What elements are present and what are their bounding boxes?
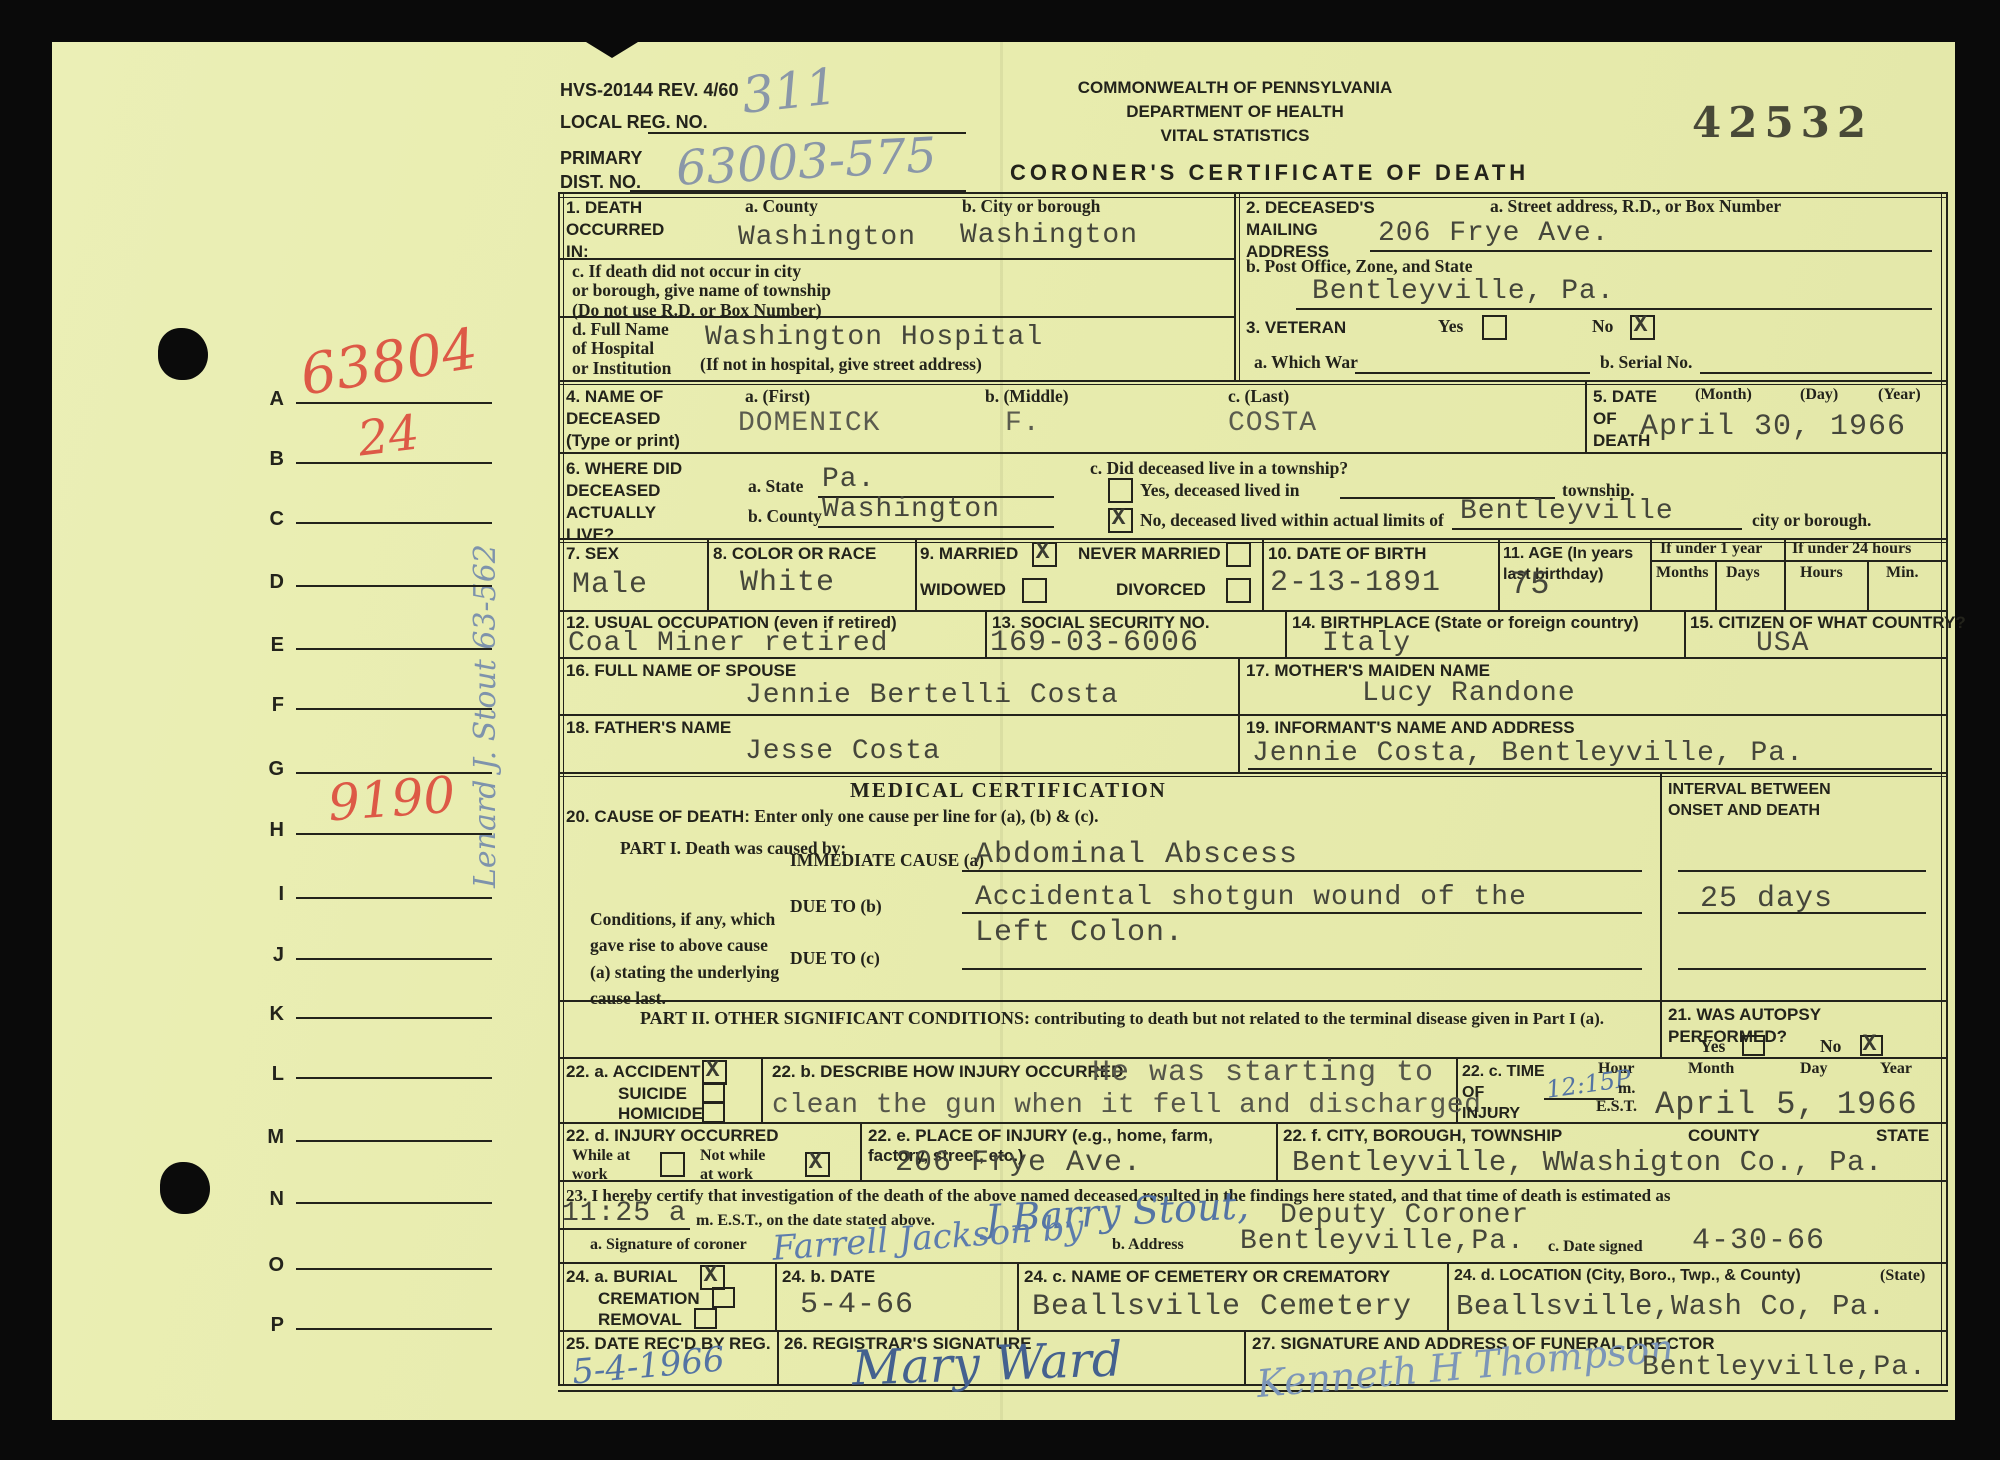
line-row7-bottom-inner — [558, 776, 1948, 777]
s27-addr-value: Bentleyville,Pa. — [1642, 1352, 1927, 1383]
s26-registrar-signature: Mary Ward — [851, 1331, 1123, 1396]
s4-last-value: COSTA — [1228, 408, 1317, 439]
s5-value: April 30, 1966 — [1640, 410, 1906, 444]
margin-letter-m: M — [262, 1126, 284, 1149]
line-serial-no — [1700, 372, 1932, 374]
s22f-county-label: COUNTY — [1688, 1126, 1760, 1146]
hole-punch-top — [158, 328, 208, 380]
line-interval-a — [1678, 870, 1926, 872]
s4-first-label: a. (First) — [745, 386, 810, 407]
line-s2b — [1296, 308, 1932, 310]
divider-s9-s10 — [1262, 538, 1264, 610]
s24-cemetery-label: 24. c. NAME OF CEMETERY OR CREMATORY — [1024, 1267, 1390, 1287]
s9-widowed-label: WIDOWED — [920, 580, 1006, 600]
s22b-label: 22. b. DESCRIBE HOW INJURY OCCURRED — [772, 1062, 1123, 1082]
s23-date-value: 4-30-66 — [1692, 1224, 1825, 1258]
s12-value: Coal Miner retired — [568, 628, 888, 659]
margin-letter-h: H — [262, 819, 284, 842]
s17-value: Lucy Randone — [1362, 678, 1576, 709]
interval-b-value: 25 days — [1700, 882, 1833, 916]
s22d-notwhile-checkbox[interactable]: X — [805, 1152, 830, 1177]
due-b-label: DUE TO (b) — [790, 896, 882, 917]
s6-yes-checkbox[interactable] — [1108, 478, 1133, 503]
divider-24c-24d — [1447, 1262, 1449, 1330]
divider-24a-24b — [775, 1262, 777, 1330]
s23-date-label: c. Date signed — [1548, 1238, 1643, 1256]
s1d-label: d. Full Name of Hospital or Institution — [572, 320, 671, 378]
s14-value: Italy — [1322, 628, 1411, 659]
margin-letter-e: E — [262, 634, 284, 657]
margin-line-b — [296, 462, 492, 464]
s22d-label: 22. d. INJURY OCCURRED — [566, 1126, 779, 1146]
margin-red-number-b: 24 — [355, 404, 422, 467]
primary-label: PRIMARY — [560, 148, 642, 169]
margin-letter-b: B — [262, 448, 284, 471]
s21-yes-checkbox[interactable] — [1742, 1035, 1765, 1056]
s2b-label: b. Post Office, Zone, and State — [1246, 256, 1473, 277]
margin-letter-l: L — [262, 1063, 284, 1086]
s22d-notwhile-mark: X — [805, 1149, 826, 1175]
s4-middle-label: b. (Middle) — [985, 386, 1069, 407]
margin-line-d — [296, 585, 492, 587]
s3-yes-checkbox[interactable] — [1482, 315, 1507, 340]
s21-yes-label: Yes — [1700, 1036, 1725, 1057]
s22a-suicide-checkbox[interactable] — [702, 1082, 725, 1103]
line-row1-bottom — [558, 380, 1948, 382]
s20-label-main: 20. CAUSE OF DEATH: — [566, 807, 750, 826]
due-b-value-line1: Accidental shotgun wound of the — [975, 882, 1527, 913]
s23-addr-value: Bentleyville,Pa. — [1240, 1226, 1525, 1257]
department-line: DEPARTMENT OF HEALTH — [1060, 102, 1410, 122]
due-b-value-line2: Left Colon. — [975, 916, 1184, 950]
s11-min-label: Min. — [1886, 564, 1918, 582]
s20-label-rest: Enter only one cause per line for (a), (… — [754, 806, 1098, 826]
s1c-label: c. If death did not occur in city or bor… — [572, 262, 831, 320]
s3-no-label: No — [1592, 316, 1613, 337]
s23-addr-label: b. Address — [1112, 1236, 1184, 1254]
s6-county-line — [818, 526, 1054, 528]
s22f-value: Bentleyville, WWashigton Co., Pa. — [1292, 1146, 1883, 1179]
margin-line-a — [296, 402, 492, 404]
s1b-value: Washington — [960, 220, 1138, 251]
hole-punch-bottom — [160, 1162, 210, 1214]
local-reg-label: LOCAL REG. NO. — [560, 112, 708, 133]
s1-label: 1. DEATH OCCURRED IN: — [566, 197, 664, 263]
margin-line-m — [296, 1140, 492, 1142]
divider-s4-s5 — [1585, 380, 1587, 452]
divider-s1-s2-inner — [1239, 192, 1240, 380]
divider-s8-s9 — [915, 538, 917, 610]
form-border-top — [558, 192, 1948, 194]
s10-label: 10. DATE OF BIRTH — [1268, 544, 1426, 564]
s1a-value: Washington — [738, 222, 916, 253]
margin-letter-n: N — [262, 1188, 284, 1211]
margin-vertical-note: Lenard J. Stout 63-562 — [468, 218, 503, 888]
s9-divorced-label: DIVORCED — [1116, 580, 1206, 600]
margin-line-g — [296, 772, 492, 774]
line-under-age-headers — [1650, 560, 1946, 562]
scanned-death-certificate: 63804 24 9190 Lenard J. Stout 63-562 A B… — [0, 0, 2000, 1460]
s22c-year-label: Year — [1880, 1060, 1912, 1078]
s24-date-value: 5-4-66 — [800, 1288, 914, 1322]
margin-line-n — [296, 1202, 492, 1204]
s6-no-text: No, deceased lived within actual limits … — [1140, 510, 1444, 531]
s22c-day-label: Day — [1800, 1060, 1828, 1078]
s4-middle-value: F. — [1005, 408, 1041, 439]
divider-months-days — [1715, 560, 1717, 610]
margin-line-l — [296, 1077, 492, 1079]
s24-cremation-checkbox[interactable] — [712, 1287, 735, 1308]
margin-letter-c: C — [262, 508, 284, 531]
s6-no-checkbox[interactable]: X — [1108, 508, 1133, 533]
s6-city-label: city or borough. — [1752, 510, 1871, 531]
s24-burial-mark: X — [700, 1262, 721, 1288]
divider-22a-22b — [761, 1057, 763, 1122]
s21-no-mark: X — [1860, 1031, 1879, 1057]
s19-value: Jennie Costa, Bentleyville, Pa. — [1252, 738, 1804, 769]
divider-25-26 — [777, 1330, 779, 1384]
s6-no-mark: X — [1108, 505, 1129, 531]
immediate-cause-label: IMMEDIATE CAUSE (a) — [790, 850, 984, 871]
margin-letter-o: O — [262, 1254, 284, 1277]
divider-s13-s14 — [1285, 610, 1287, 657]
s2b-value: Bentleyville, Pa. — [1312, 276, 1615, 307]
s6-city-line — [1452, 528, 1742, 530]
s22a-suicide-label: SUICIDE — [618, 1084, 687, 1104]
margin-red-number-h: 9190 — [326, 766, 457, 833]
s5-month-label: (Month) — [1695, 386, 1752, 404]
margin-letter-d: D — [262, 571, 284, 594]
s22b-value-line1: He was starting to — [1092, 1056, 1434, 1090]
margin-letter-f: F — [262, 694, 284, 717]
stamp-number: 42532 — [1692, 98, 1873, 147]
line-row2-bottom — [558, 452, 1948, 454]
line-which-war — [1355, 372, 1590, 374]
conditions-note: Conditions, if any, which gave rise to a… — [590, 906, 779, 1011]
s4-first-value: DOMENICK — [738, 408, 880, 439]
s6-state-value: Pa. — [822, 464, 875, 495]
divider-s14-s15 — [1684, 610, 1686, 657]
form-border-left — [558, 192, 560, 1386]
line-row6-bottom — [558, 714, 1948, 716]
s6-county-value: Washington — [822, 494, 1000, 525]
s11-under24-label: If under 24 hours — [1792, 540, 1911, 558]
line-row7-bottom — [558, 772, 1948, 774]
s22c-label: 22. c. TIME OF INJURY — [1462, 1062, 1545, 1124]
margin-line-k — [296, 1017, 492, 1019]
s16-value: Jennie Bertelli Costa — [745, 680, 1119, 711]
s22c-est-label: E.S.T. — [1596, 1098, 1637, 1116]
divider-22e-22f — [1276, 1122, 1278, 1180]
s6-state-label: a. State — [748, 476, 803, 497]
s1b-label: b. City or borough — [962, 196, 1100, 217]
line-due-c — [962, 968, 1642, 970]
s22a-homicide-label: HOMICIDE — [618, 1104, 703, 1124]
s3-serial-label: b. Serial No. — [1600, 352, 1692, 373]
margin-letter-i: I — [262, 883, 284, 906]
s24-location-label: 24. d. LOCATION (City, Boro., Twp., & Co… — [1454, 1267, 1801, 1285]
s3-no-checkbox[interactable]: X — [1630, 315, 1655, 340]
margin-line-f — [296, 708, 492, 710]
divider-hours-min — [1867, 560, 1869, 610]
form-border-right-inner — [1941, 192, 1942, 1386]
s21-no-label: No — [1820, 1036, 1841, 1057]
s24-location-value: Beallsville,Wash Co, Pa. — [1456, 1290, 1886, 1323]
line-row4-bottom — [558, 610, 1948, 612]
s9-never-label: NEVER MARRIED — [1078, 544, 1221, 564]
line-interval-c — [1678, 968, 1926, 970]
s2-label: 2. DECEASED'S MAILING ADDRESS — [1246, 197, 1375, 263]
s22f-state-label: STATE — [1876, 1126, 1929, 1146]
s3-yes-label: Yes — [1438, 316, 1463, 337]
s1d-note: (If not in hospital, give street address… — [700, 354, 982, 375]
divider-s1-s2 — [1234, 192, 1236, 380]
s11-value: 75 — [1510, 566, 1550, 603]
divider-under1-under24 — [1784, 538, 1786, 610]
s4-label: 4. NAME OF DECEASED (Type or print) — [566, 386, 680, 452]
s6-label: 6. WHERE DID DECEASED ACTUALLY LIVE? — [566, 458, 682, 546]
s1a-label: a. County — [745, 196, 818, 217]
margin-letter-a: A — [262, 388, 284, 411]
s24-removal-label: REMOVAL — [598, 1310, 682, 1330]
s23-time-value: 11:25 a — [562, 1198, 687, 1229]
s9-widowed-checkbox[interactable] — [1022, 578, 1047, 603]
dist-no-label: DIST. NO. — [560, 172, 641, 193]
s24-burial-label: 24. a. BURIAL — [566, 1267, 677, 1287]
s24-state-label: (State) — [1880, 1267, 1925, 1285]
part2-label-rest: contributing to death but not related to… — [1034, 1009, 1604, 1028]
paper-notch — [586, 42, 638, 58]
s24-cemetery-value: Beallsville Cemetery — [1032, 1290, 1412, 1324]
s19-label: 19. INFORMANT'S NAME AND ADDRESS — [1246, 718, 1575, 738]
margin-line-o — [296, 1268, 492, 1270]
s13-value: 169-03-6006 — [990, 626, 1199, 660]
margin-line-p — [296, 1328, 492, 1330]
s22e-value: 206 Frye Ave. — [895, 1146, 1142, 1180]
line-s2a — [1370, 250, 1932, 252]
margin-line-e — [296, 648, 492, 650]
s22d-while-label: While at work — [572, 1146, 630, 1184]
vital-statistics-line: VITAL STATISTICS — [1060, 126, 1410, 146]
divider-s7-s8 — [707, 538, 709, 610]
s3-war-label: a. Which War — [1254, 352, 1358, 373]
line-row23-bottom — [558, 1262, 1948, 1264]
due-c-label: DUE TO (c) — [790, 948, 880, 969]
s4-last-label: c. (Last) — [1228, 386, 1289, 407]
divider-s12-s13 — [985, 610, 987, 657]
s15-value: USA — [1756, 628, 1809, 659]
margin-letter-g: G — [262, 758, 284, 781]
s5-day-label: (Day) — [1800, 386, 1838, 404]
s7-label: 7. SEX — [566, 544, 619, 564]
immediate-cause-value: Abdominal Abscess — [975, 838, 1298, 872]
s23-sig-label: a. Signature of coroner — [590, 1236, 747, 1254]
s22c-month-label: Month — [1688, 1060, 1734, 1078]
s21-no-checkbox[interactable]: X — [1860, 1035, 1883, 1056]
s10-value: 2-13-1891 — [1270, 566, 1441, 600]
margin-letter-p: P — [262, 1314, 284, 1337]
s15-label: 15. CITIZEN OF WHAT COUNTRY? — [1690, 613, 1966, 633]
s6-county-label: b. County — [748, 506, 822, 527]
divider-interval-column — [1660, 772, 1662, 1057]
s5-year-label: (Year) — [1878, 386, 1921, 404]
s3-label: 3. VETERAN — [1246, 318, 1346, 338]
s22b-value-line2: clean the gun when it fell and discharge… — [772, 1090, 1499, 1121]
margin-letter-k: K — [262, 1003, 284, 1026]
s18-label: 18. FATHER'S NAME — [566, 718, 731, 738]
line-row22def-bottom — [558, 1180, 1948, 1182]
certificate-title: CORONER'S CERTIFICATE OF DEATH — [1010, 160, 1529, 186]
margin-line-i — [296, 897, 492, 899]
s8-label: 8. COLOR OR RACE — [713, 544, 876, 564]
form-border-bottom-inner — [558, 1390, 1948, 1392]
s2a-value: 206 Frye Ave. — [1378, 218, 1609, 249]
interval-header: INTERVAL BETWEEN ONSET AND DEATH — [1668, 780, 1831, 822]
s9-married-checkbox[interactable]: X — [1032, 542, 1057, 567]
s11-under1-label: If under 1 year — [1660, 540, 1762, 558]
s22a-accident-mark: X — [702, 1057, 723, 1083]
s18-value: Jesse Costa — [745, 736, 941, 767]
divider-s11-under1 — [1650, 538, 1652, 610]
divider-22d-22e — [860, 1122, 862, 1180]
s6-no-value: Bentleyville — [1460, 496, 1674, 527]
s7-value: Male — [572, 568, 648, 602]
s22f-label: 22. f. CITY, BOROUGH, TOWNSHIP — [1283, 1126, 1562, 1146]
margin-letter-j: J — [262, 944, 284, 967]
s24-date-label: 24. b. DATE — [782, 1267, 875, 1287]
s9-married-label: 9. MARRIED — [920, 544, 1018, 564]
s22d-while-checkbox[interactable] — [660, 1152, 685, 1177]
s23-time-line — [560, 1228, 690, 1230]
s11-hours-label: Hours — [1800, 564, 1843, 582]
s22c-m-label: m. — [1618, 1080, 1635, 1098]
s16-label: 16. FULL NAME OF SPOUSE — [566, 661, 796, 681]
margin-line-c — [296, 522, 492, 524]
s24-removal-checkbox[interactable] — [694, 1308, 717, 1329]
s11-months-label: Months — [1656, 564, 1708, 582]
s9-married-mark: X — [1032, 539, 1053, 565]
local-reg-value: 311 — [739, 57, 840, 125]
margin-line-j — [296, 958, 492, 960]
s1d-value: Washington Hospital — [705, 322, 1043, 353]
medical-certification-title: MEDICAL CERTIFICATION — [850, 778, 1167, 803]
line-row24-bottom — [558, 1330, 1948, 1332]
s22a-homicide-checkbox[interactable] — [702, 1102, 725, 1123]
s9-never-checkbox[interactable] — [1226, 542, 1251, 567]
commonwealth-line: COMMONWEALTH OF PENNSYLVANIA — [1060, 78, 1410, 98]
line-row1-bottom-inner — [558, 384, 1948, 385]
s9-divorced-checkbox[interactable] — [1226, 578, 1251, 603]
divider-24b-24c — [1017, 1262, 1019, 1330]
s3-no-mark: X — [1630, 312, 1651, 338]
s2a-label: a. Street address, R.D., or Box Number — [1490, 196, 1781, 217]
form-border-bottom — [558, 1384, 1948, 1386]
s22a-accident-label: 22. a. ACCIDENT — [566, 1062, 700, 1082]
divider-26-27 — [1244, 1330, 1246, 1384]
margin-line-h — [296, 833, 492, 835]
s6-yes-text: Yes, deceased lived in — [1140, 480, 1299, 501]
divider-s10-s11 — [1498, 538, 1500, 610]
s22d-notwhile-label: Not while at work — [700, 1146, 765, 1184]
form-number: HVS-20144 REV. 4/60 — [560, 80, 738, 101]
part2-label-bold: PART II. OTHER SIGNIFICANT CONDITIONS: — [640, 1008, 1030, 1028]
s22c-date-value: April 5, 1966 — [1655, 1086, 1918, 1123]
s11-days-label: Days — [1726, 564, 1760, 582]
s24-cremation-label: CREMATION — [598, 1289, 700, 1309]
s6c-label: c. Did deceased live in a township? — [1090, 458, 1348, 479]
s8-value: White — [740, 566, 835, 600]
form-border-right — [1946, 192, 1948, 1386]
